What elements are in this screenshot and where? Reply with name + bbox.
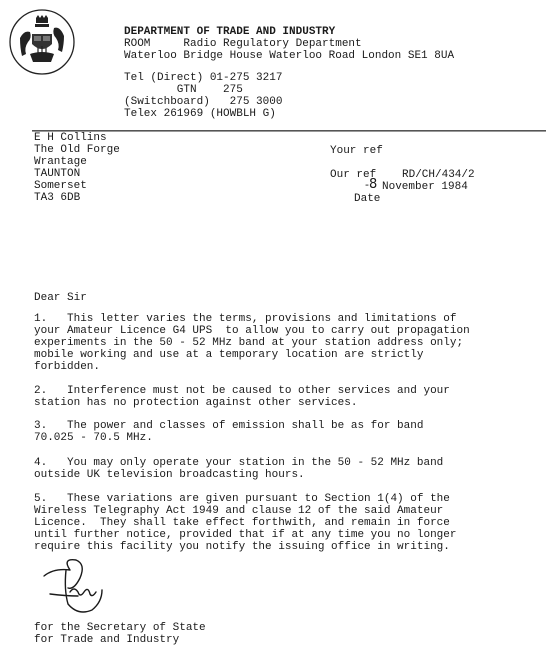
date-value: November 1984 (382, 181, 468, 193)
signature-closing: for the Secretary of State for Trade and… (34, 622, 206, 646)
paragraph-3: 3. The power and classes of emission sha… (34, 420, 423, 444)
date-day-handwritten: -8 (365, 179, 377, 191)
your-ref-label: Your ref (330, 145, 383, 157)
telex: Telex 261969 (HOWBLH G) (124, 108, 276, 120)
date-label: Date (354, 193, 380, 205)
paragraph-5: 5. These variations are given pursuant t… (34, 493, 456, 553)
greeting: Dear Sir (34, 292, 87, 304)
our-ref-value: RD/CH/434/2 (402, 169, 475, 181)
paragraph-2: 2. Interference must not be caused to ot… (34, 385, 450, 409)
royal-coat-of-arms-icon (8, 8, 76, 76)
tel-direct: Tel (Direct) 01-275 3217 (124, 72, 282, 84)
room-line: ROOM Radio Regulatory Department (124, 38, 362, 50)
sender-address: Waterloo Bridge House Waterloo Road Lond… (124, 50, 454, 62)
paragraph-1: 1. This letter varies the terms, provisi… (34, 313, 470, 373)
tel-gtn: GTN 275 (124, 84, 243, 96)
handwritten-signature-icon (40, 558, 110, 630)
tel-switchboard: (Switchboard) 275 3000 (124, 96, 282, 108)
department-title: DEPARTMENT OF TRADE AND INDUSTRY (124, 26, 335, 38)
paragraph-4: 4. You may only operate your station in … (34, 457, 443, 481)
recipient-address: E H Collins The Old Forge Wrantage TAUNT… (34, 132, 120, 204)
